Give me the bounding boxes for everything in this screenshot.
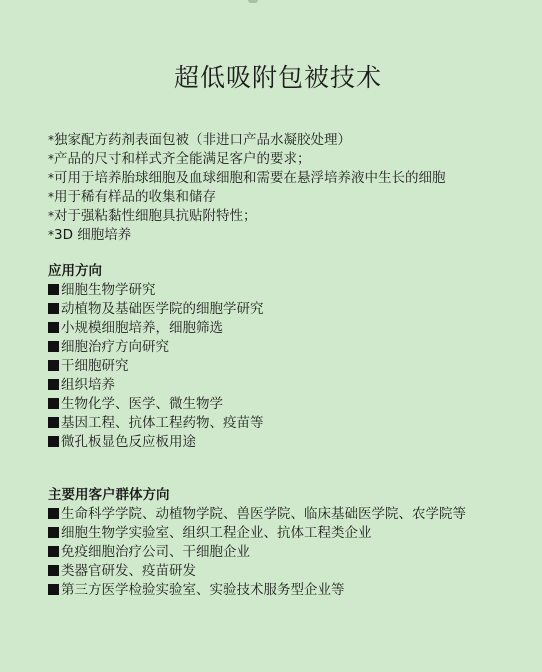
feature-text: 3D 细胞培养 bbox=[54, 227, 131, 243]
feature-text: 可用于培养胎球细胞及血球细胞和需要在悬浮培养液中生长的细胞 bbox=[54, 170, 446, 186]
application-text: 细胞治疗方向研究 bbox=[61, 339, 169, 355]
application-text: 干细胞研究 bbox=[61, 358, 129, 374]
application-item: 细胞生物学研究 bbox=[48, 281, 264, 300]
customer-item: 细胞生物学实验室、组织工程企业、抗体工程类企业 bbox=[48, 524, 466, 543]
feature-item: *可用于培养胎球细胞及血球细胞和需要在悬浮培养液中生长的细胞 bbox=[48, 169, 446, 188]
square-bullet-icon bbox=[48, 303, 59, 314]
customers-list: 生命科学学院、动植物学院、兽医学院、临床基础医学院、农学院等 细胞生物学实验室、… bbox=[48, 505, 466, 600]
square-bullet-icon bbox=[48, 584, 59, 595]
application-item: 微孔板显色反应板用途 bbox=[48, 433, 264, 452]
square-bullet-icon bbox=[48, 546, 59, 557]
application-item: 小规模细胞培养，细胞筛选 bbox=[48, 319, 264, 338]
feature-item: *3D 细胞培养 bbox=[48, 226, 446, 245]
top-edge-mark bbox=[248, 0, 258, 3]
application-text: 微孔板显色反应板用途 bbox=[61, 434, 196, 450]
application-text: 小规模细胞培养，细胞筛选 bbox=[61, 320, 223, 336]
application-item: 细胞治疗方向研究 bbox=[48, 338, 264, 357]
feature-text: 产品的尺寸和样式齐全能满足客户的要求； bbox=[54, 151, 311, 167]
application-item: 基因工程、抗体工程药物、疫苗等 bbox=[48, 414, 264, 433]
square-bullet-icon bbox=[48, 527, 59, 538]
application-text: 生物化学、医学、微生物学 bbox=[61, 396, 223, 412]
customer-item: 第三方医学检验实验室、实验技术服务型企业等 bbox=[48, 581, 466, 600]
square-bullet-icon bbox=[48, 360, 59, 371]
feature-text: 对于强粘黏性细胞具抗贴附特性； bbox=[54, 208, 257, 224]
square-bullet-icon bbox=[48, 284, 59, 295]
applications-list: 细胞生物学研究 动植物及基础医学院的细胞学研究 小规模细胞培养，细胞筛选 细胞治… bbox=[48, 281, 264, 452]
application-item: 干细胞研究 bbox=[48, 357, 264, 376]
feature-item: *独家配方药剂表面包被（非进口产品水凝胶处理） bbox=[48, 131, 446, 150]
application-item: 动植物及基础医学院的细胞学研究 bbox=[48, 300, 264, 319]
square-bullet-icon bbox=[48, 508, 59, 519]
customer-text: 免疫细胞治疗公司、干细胞企业 bbox=[61, 544, 250, 560]
feature-item: *对于强粘黏性细胞具抗贴附特性； bbox=[48, 207, 446, 226]
customers-heading: 主要用客户群体方向 bbox=[48, 486, 170, 505]
square-bullet-icon bbox=[48, 379, 59, 390]
application-item: 组织培养 bbox=[48, 376, 264, 395]
application-text: 基因工程、抗体工程药物、疫苗等 bbox=[61, 415, 264, 431]
applications-heading: 应用方向 bbox=[48, 262, 102, 281]
application-text: 动植物及基础医学院的细胞学研究 bbox=[61, 301, 264, 317]
square-bullet-icon bbox=[48, 565, 59, 576]
customer-item: 生命科学学院、动植物学院、兽医学院、临床基础医学院、农学院等 bbox=[48, 505, 466, 524]
square-bullet-icon bbox=[48, 341, 59, 352]
square-bullet-icon bbox=[48, 436, 59, 447]
customer-text: 类器官研发、疫苗研发 bbox=[61, 563, 196, 579]
square-bullet-icon bbox=[48, 322, 59, 333]
application-text: 细胞生物学研究 bbox=[61, 282, 156, 298]
application-item: 生物化学、医学、微生物学 bbox=[48, 395, 264, 414]
feature-list: *独家配方药剂表面包被（非进口产品水凝胶处理） *产品的尺寸和样式齐全能满足客户… bbox=[48, 131, 446, 245]
customer-item: 免疫细胞治疗公司、干细胞企业 bbox=[48, 543, 466, 562]
feature-text: 用于稀有样品的收集和储存 bbox=[54, 189, 216, 205]
customer-text: 第三方医学检验实验室、实验技术服务型企业等 bbox=[61, 582, 345, 598]
application-text: 组织培养 bbox=[61, 377, 115, 393]
square-bullet-icon bbox=[48, 398, 59, 409]
customer-text: 生命科学学院、动植物学院、兽医学院、临床基础医学院、农学院等 bbox=[61, 506, 466, 522]
customer-item: 类器官研发、疫苗研发 bbox=[48, 562, 466, 581]
feature-item: *产品的尺寸和样式齐全能满足客户的要求； bbox=[48, 150, 446, 169]
feature-item: *用于稀有样品的收集和储存 bbox=[48, 188, 446, 207]
customer-text: 细胞生物学实验室、组织工程企业、抗体工程类企业 bbox=[61, 525, 372, 541]
feature-text: 独家配方药剂表面包被（非进口产品水凝胶处理） bbox=[54, 132, 351, 148]
square-bullet-icon bbox=[48, 417, 59, 428]
page-title: 超低吸附包被技术 bbox=[0, 58, 542, 94]
